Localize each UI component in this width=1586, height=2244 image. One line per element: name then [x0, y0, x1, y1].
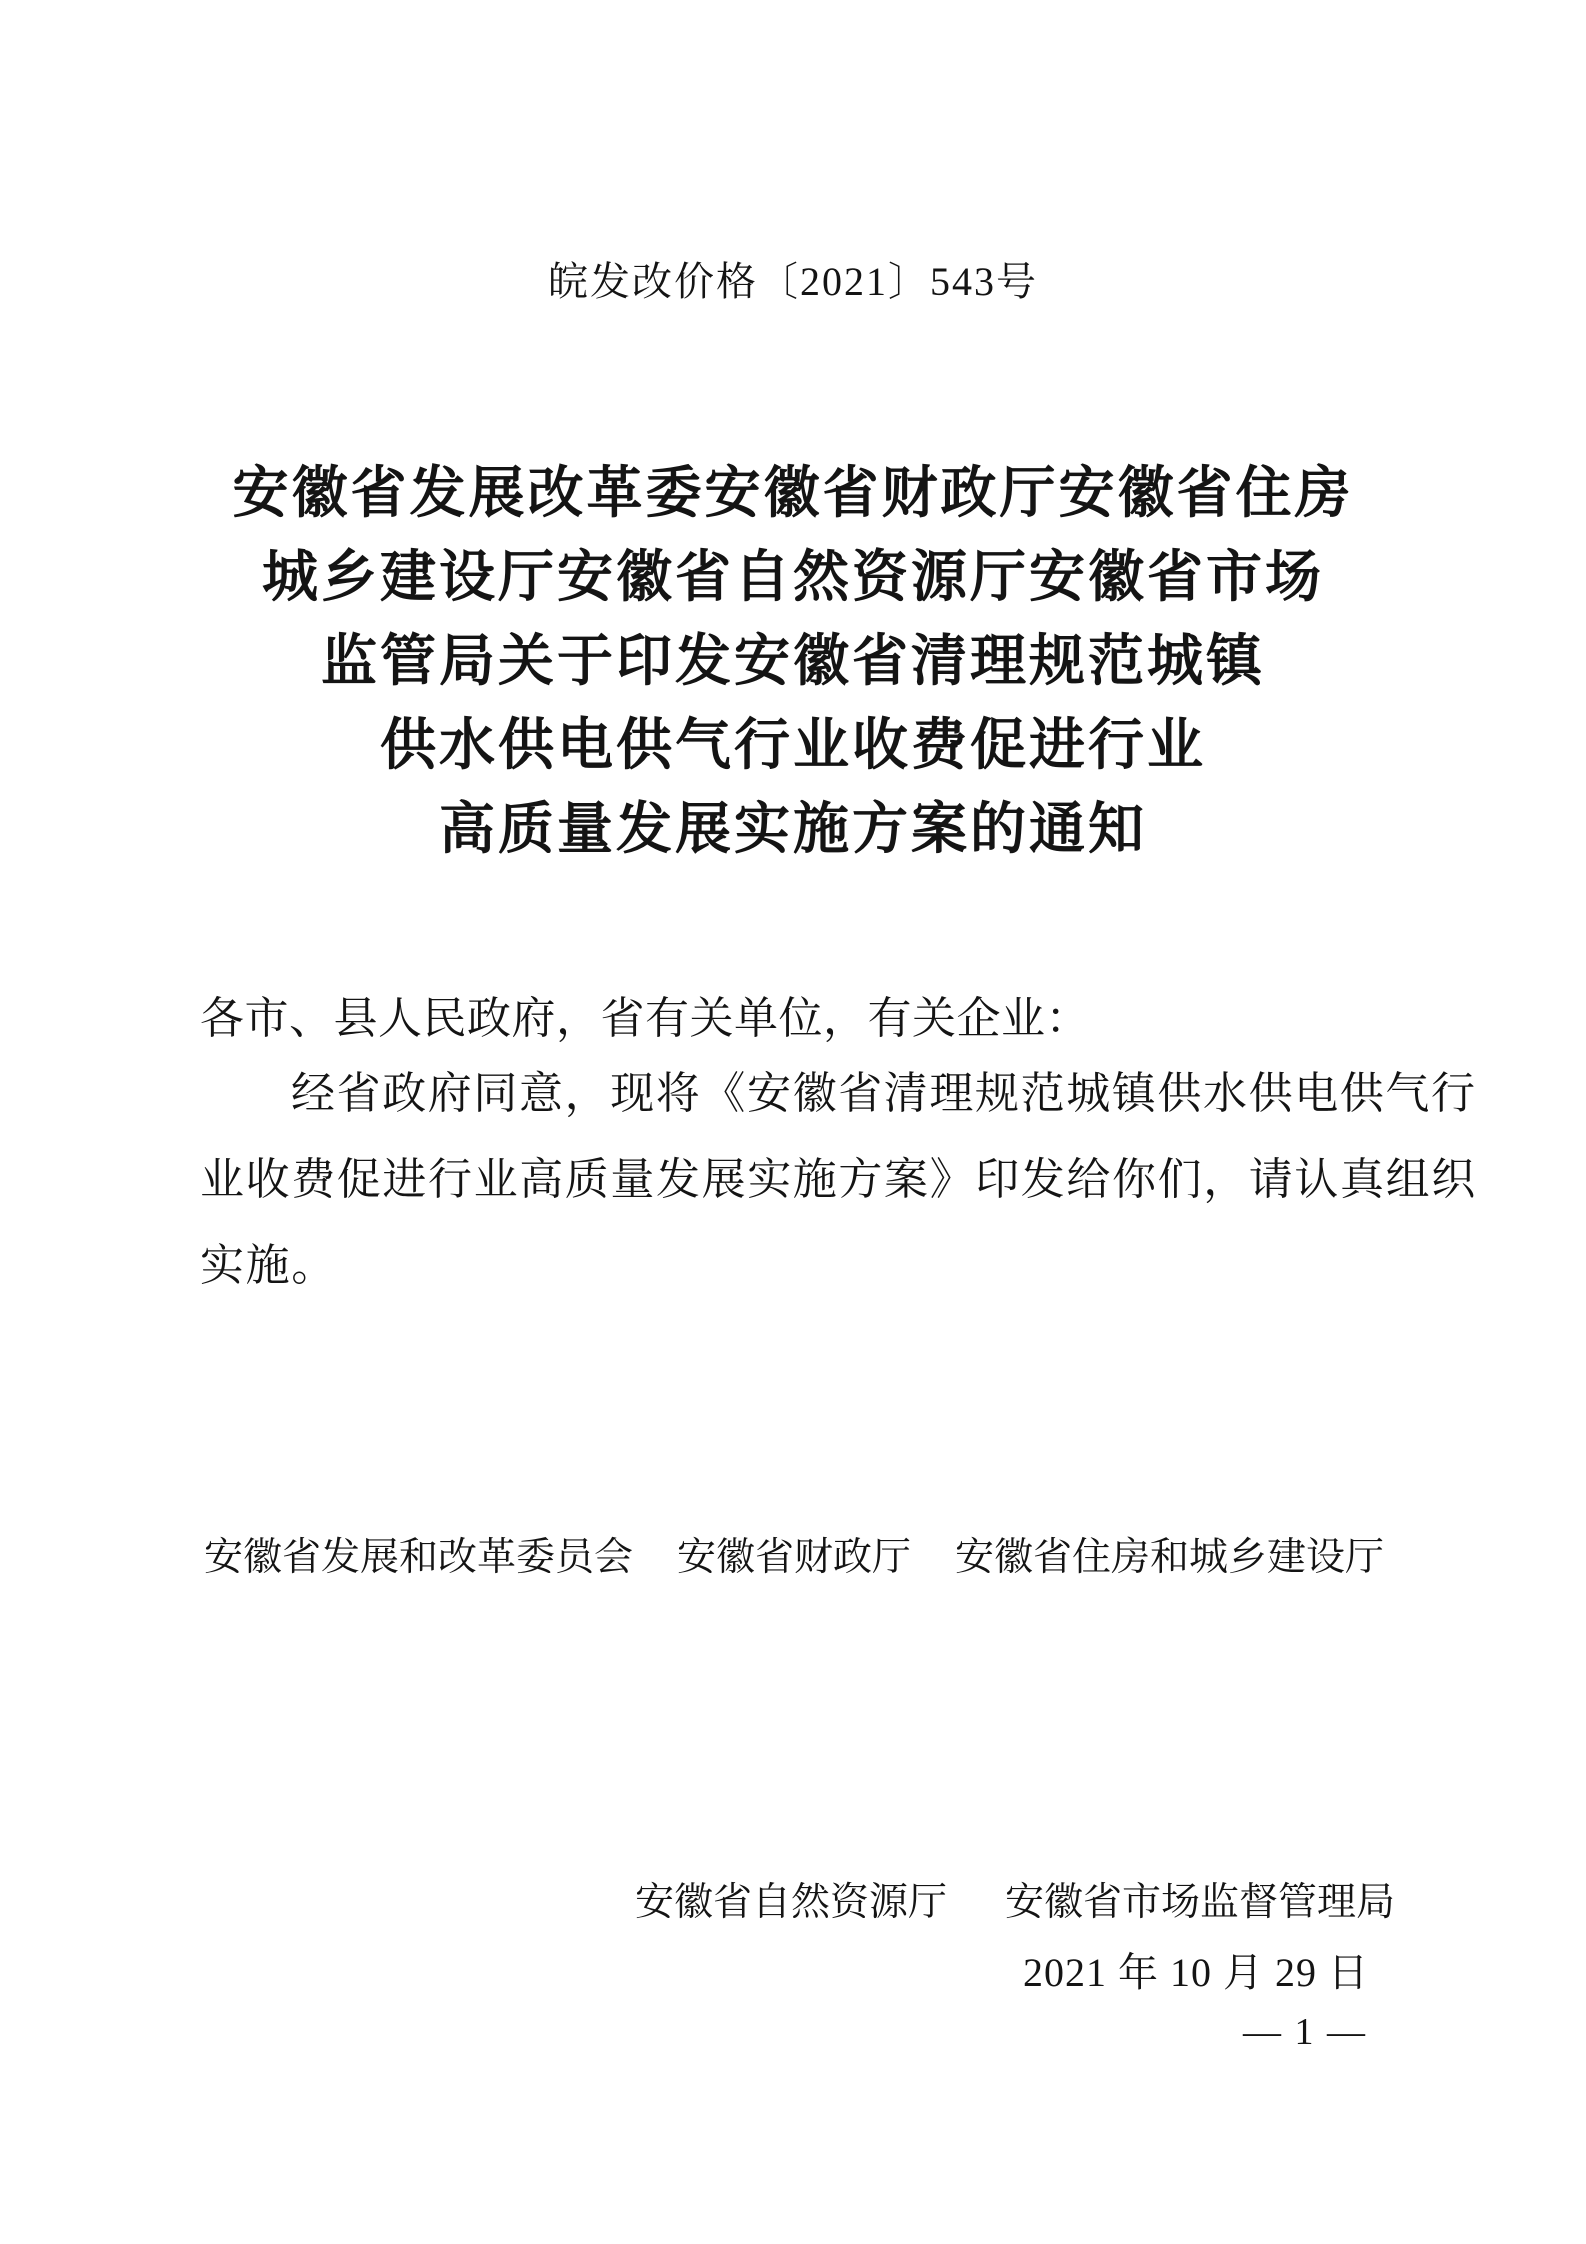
signature-agency-ndrc: 安徽省发展和改革委员会	[204, 1526, 633, 1582]
body-paragraph: 经省政府同意，现将《安徽省清理规范城镇供水供电供气行 业收费促进行业高质量发展实…	[200, 1051, 1395, 1309]
body-line-1: 经省政府同意，现将《安徽省清理规范城镇供水供电供气行	[200, 1051, 1395, 1137]
document-page: 皖发改价格〔2021〕543号 安徽省发展改革委安徽省财政厅安徽省住房 城乡建设…	[0, 0, 1586, 2244]
page-number: — 1 —	[1243, 2010, 1367, 2054]
document-title: 安徽省发展改革委安徽省财政厅安徽省住房 城乡建设厅安徽省自然资源厅安徽省市场 监…	[0, 452, 1586, 872]
body-line-3: 实施。	[200, 1223, 1395, 1309]
title-line-1: 安徽省发展改革委安徽省财政厅安徽省住房	[0, 452, 1586, 536]
signature-agency-housing: 安徽省住房和城乡建设厅	[955, 1526, 1384, 1582]
signature-agency-market-regulation: 安徽省市场监督管理局	[1005, 1871, 1395, 1927]
signature-row-2: 安徽省自然资源厅 安徽省市场监督管理局	[635, 1871, 1395, 1927]
issue-date: 2021 年 10 月 29 日	[1023, 1941, 1369, 1998]
signature-agency-finance: 安徽省财政厅	[677, 1526, 911, 1582]
body-line-2: 业收费促进行业高质量发展实施方案》印发给你们，请认真组织	[200, 1137, 1395, 1223]
doc-number: 皖发改价格〔2021〕543号	[0, 250, 1586, 307]
title-line-4: 供水供电供气行业收费促进行业	[0, 704, 1586, 788]
signature-agency-natural-resources: 安徽省自然资源厅	[635, 1871, 947, 1927]
title-line-5: 高质量发展实施方案的通知	[0, 788, 1586, 872]
salutation: 各市、县人民政府，省有关单位，有关企业：	[200, 982, 1090, 1046]
signature-row-1: 安徽省发展和改革委员会 安徽省财政厅 安徽省住房和城乡建设厅	[204, 1526, 1384, 1582]
title-line-2: 城乡建设厅安徽省自然资源厅安徽省市场	[0, 536, 1586, 620]
title-line-3: 监管局关于印发安徽省清理规范城镇	[0, 620, 1586, 704]
